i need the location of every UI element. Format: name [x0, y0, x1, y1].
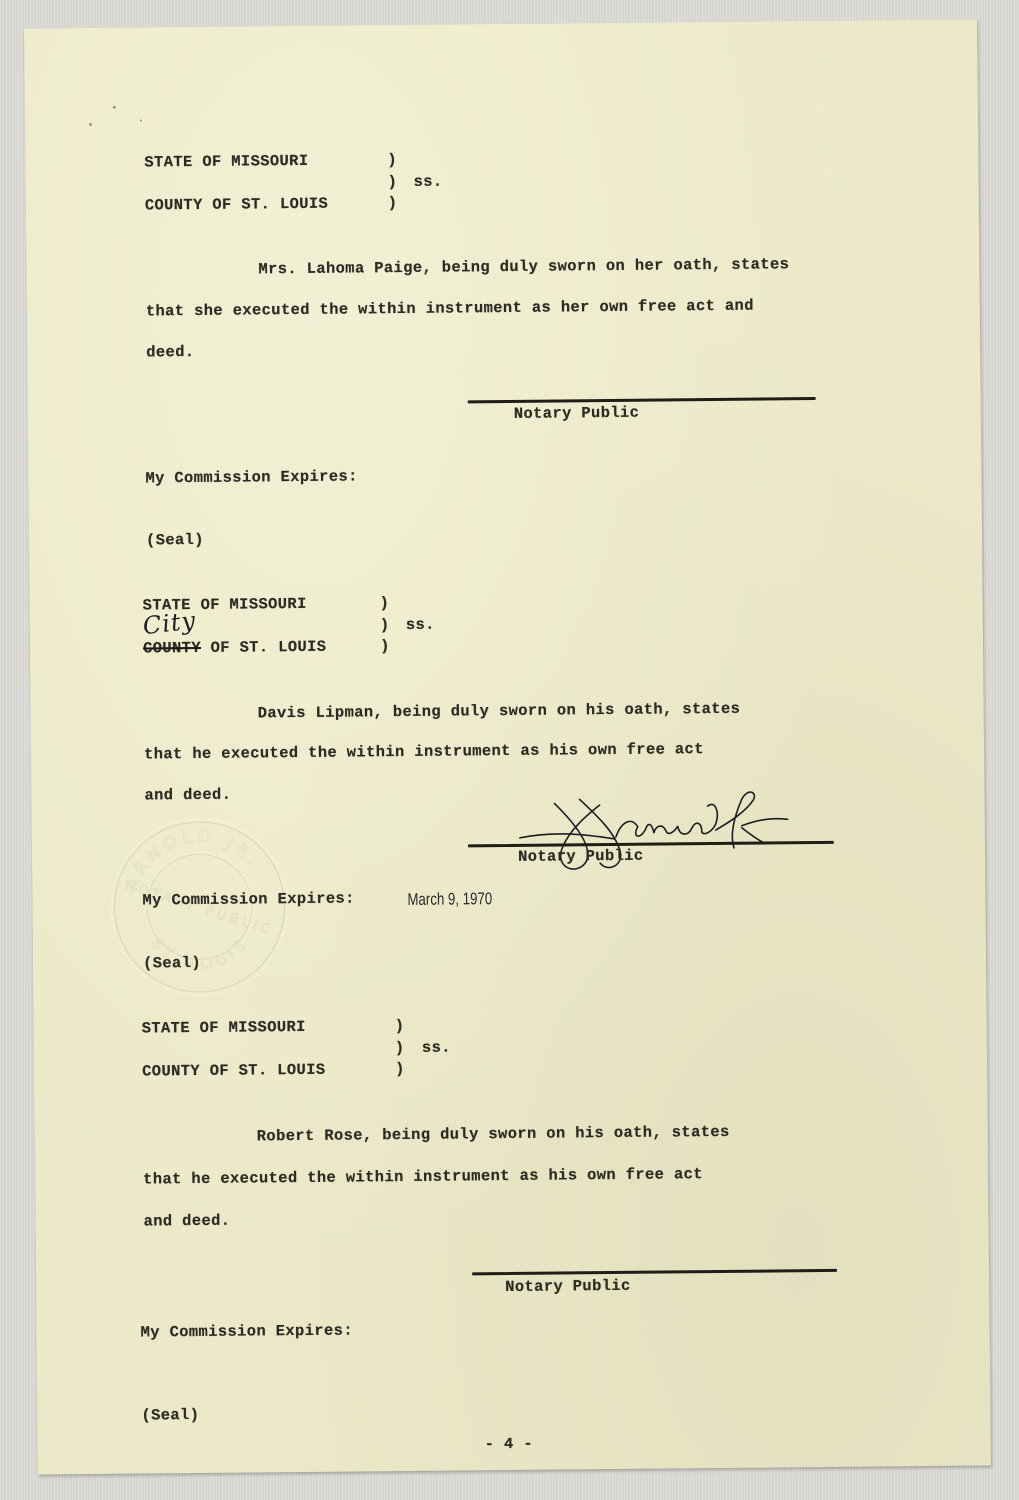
- signature-line: [472, 1269, 837, 1275]
- paper-speck: [140, 119, 142, 121]
- affidavit-line-2: that he executed the within instrument a…: [144, 742, 704, 763]
- page-number: - 4 -: [485, 1437, 533, 1453]
- paper-speck: [113, 106, 116, 109]
- notary-public-label: Notary Public: [518, 849, 644, 866]
- venue-county: COUNTY OF ST. LOUIS: [142, 1063, 326, 1080]
- affidavit-line-3: deed.: [146, 345, 194, 361]
- affidavit-line-3: and deed.: [143, 1214, 230, 1230]
- venue-paren: ): [395, 1062, 405, 1078]
- commission-expires-label: My Commission Expires:: [145, 469, 357, 487]
- venue-county-rest: OF ST. LOUIS: [201, 638, 327, 657]
- venue-paren: ): [380, 639, 390, 655]
- affidavit-line-2: that he executed the within instrument a…: [143, 1167, 703, 1188]
- seal-label: (Seal): [141, 1408, 199, 1424]
- seal-label: (Seal): [143, 956, 201, 972]
- paper-speck: [89, 123, 92, 126]
- venue-county: COUNTY OF ST. LOUIS: [143, 640, 327, 657]
- affidavit-line-1: Davis Lipman, being duly sworn on his oa…: [258, 702, 741, 722]
- affidavit-block-lipman: STATE OF MISSOURI ) City ) ss. COUNTY OF…: [24, 19, 977, 28]
- venue-state: STATE OF MISSOURI: [144, 154, 308, 171]
- venue-paren: ): [388, 196, 398, 212]
- notary-public-label: Notary Public: [505, 1279, 631, 1296]
- venue-paren: ): [380, 618, 390, 634]
- struck-county-word: COUNTY: [143, 639, 201, 658]
- commission-expires-label: My Commission Expires:: [141, 1324, 353, 1342]
- venue-ss: ss.: [422, 1041, 451, 1057]
- venue-ss: ss.: [406, 618, 435, 634]
- affidavit-line-2: that she executed the within instrument …: [146, 299, 754, 320]
- venue-paren: ): [395, 1019, 405, 1035]
- notary-public-label: Notary Public: [514, 406, 640, 423]
- venue-paren: ): [395, 1041, 405, 1057]
- affidavit-block-rose: STATE OF MISSOURI ) ) ss. COUNTY OF ST. …: [24, 19, 977, 28]
- affidavit-line-1: Robert Rose, being duly sworn on his oat…: [257, 1125, 730, 1145]
- affidavit-line-1: Mrs. Lahoma Paige, being duly sworn on h…: [258, 257, 789, 278]
- commission-expires-label: My Commission Expires:: [142, 891, 354, 909]
- handwritten-correction-city: City: [141, 606, 197, 640]
- affidavit-line-3: and deed.: [144, 788, 231, 804]
- signature-line: [468, 397, 816, 403]
- venue-paren: ): [387, 153, 397, 169]
- venue-ss: ss.: [414, 175, 443, 191]
- venue-county: COUNTY OF ST. LOUIS: [145, 197, 329, 214]
- venue-paren: ): [388, 175, 398, 191]
- commission-expiry-date: March 9, 1970: [407, 889, 492, 910]
- venue-state: STATE OF MISSOURI: [142, 1020, 306, 1037]
- affidavit-block-paige: STATE OF MISSOURI ) ) ss. COUNTY OF ST. …: [24, 19, 977, 28]
- seal-label: (Seal): [146, 533, 204, 549]
- venue-paren: ): [380, 596, 390, 612]
- document-page: STATE OF MISSOURI ) ) ss. COUNTY OF ST. …: [24, 19, 991, 1474]
